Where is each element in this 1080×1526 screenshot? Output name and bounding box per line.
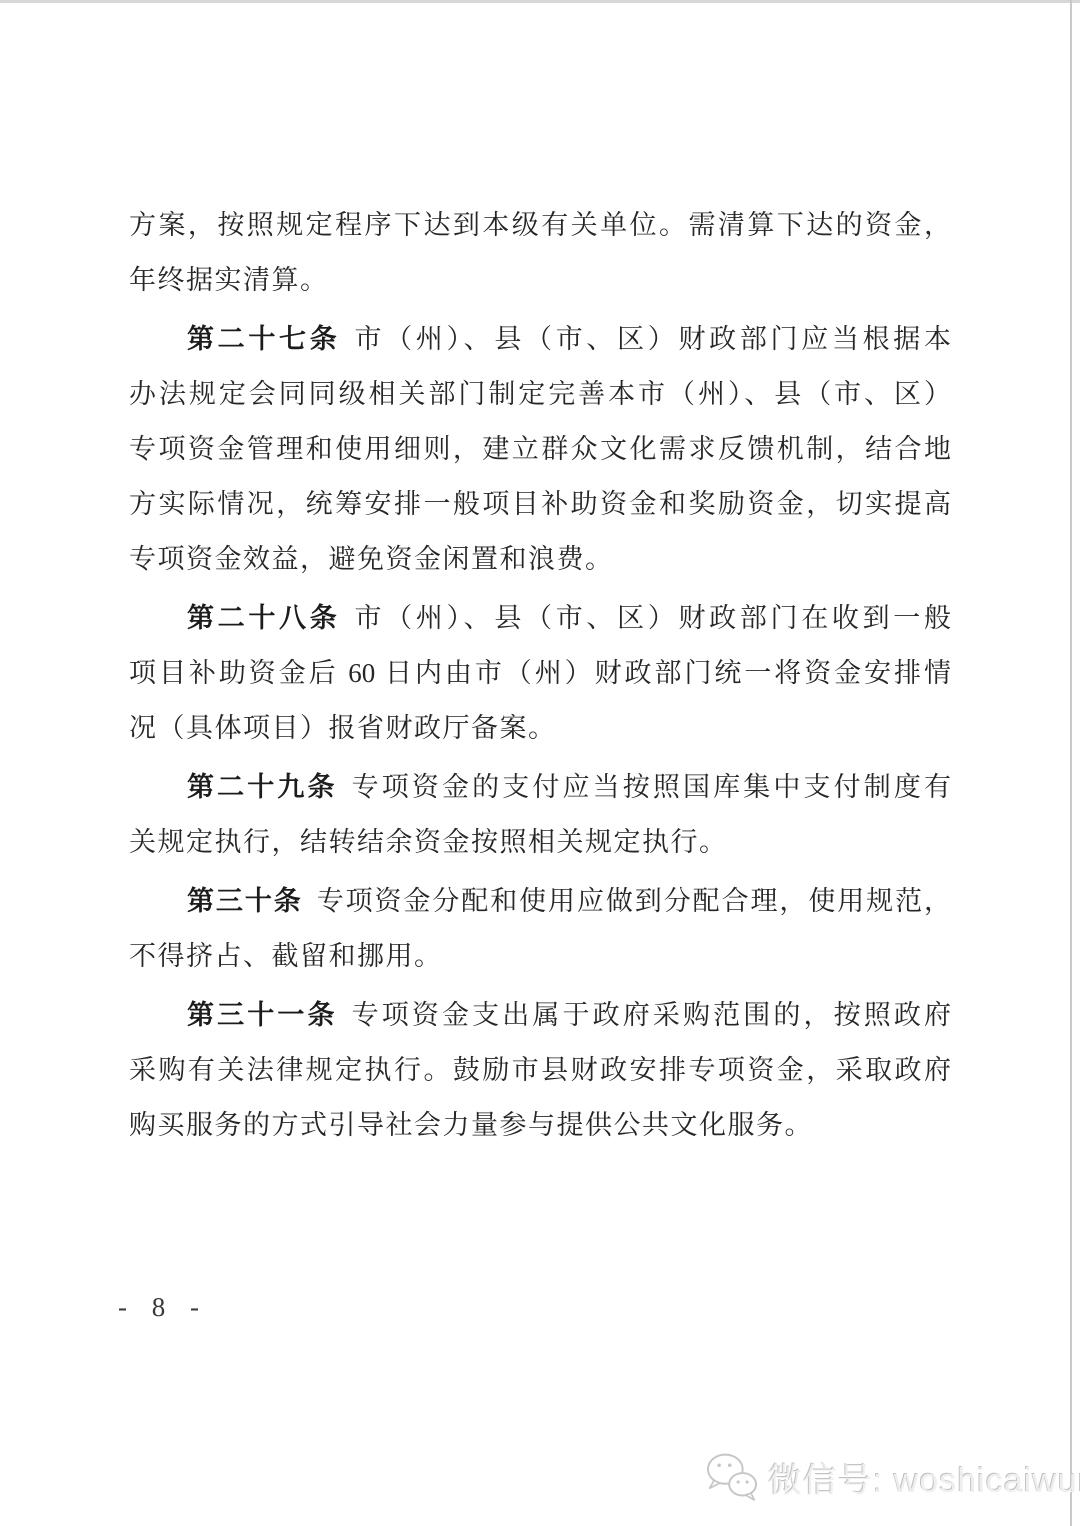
doc-line: 第二十九条专项资金的支付应当按照国库集中支付制度有 xyxy=(129,760,951,815)
article-number: 第三十一条 xyxy=(187,1000,338,1030)
wechat-icon xyxy=(704,1450,760,1504)
line-text: 项目补助资金后 60 日内由市（州）财政部门统一将资金安排情 xyxy=(129,658,951,688)
doc-line: 办法规定会同同级相关部门制定完善本市（州）、县（市、区） xyxy=(129,367,951,422)
article-number: 第二十九条 xyxy=(187,772,338,802)
article-number: 第二十七条 xyxy=(187,324,340,354)
doc-line: 第三十一条专项资金支出属于政府采购范围的，按照政府 xyxy=(129,988,951,1043)
watermark: 微信号: woshicaiwuren xyxy=(704,1446,1080,1508)
document-body: 方案，按照规定程序下达到本级有关单位。需清算下达的资金， 年终据实清算。 第二十… xyxy=(129,198,951,1153)
line-text: 方案，按照规定程序下达到本级有关单位。需清算下达的资金， xyxy=(129,210,951,240)
line-text: 专项资金效益，避免资金闲置和浪费。 xyxy=(129,544,614,574)
doc-line: 专项资金效益，避免资金闲置和浪费。 xyxy=(129,532,951,587)
doc-line: 第三十条专项资金分配和使用应做到分配合理，使用规范， xyxy=(129,874,951,929)
article-number: 第二十八条 xyxy=(187,603,340,633)
line-text: 不得挤占、截留和挪用。 xyxy=(129,941,443,971)
scan-right-edge xyxy=(1070,0,1072,1526)
doc-line: 不得挤占、截留和挪用。 xyxy=(129,929,951,984)
article-number: 第三十条 xyxy=(187,886,303,916)
doc-line: 关规定执行，结转结余资金按照相关规定执行。 xyxy=(129,815,951,870)
doc-line: 方案，按照规定程序下达到本级有关单位。需清算下达的资金， xyxy=(129,198,951,253)
line-text: 专项资金的支付应当按照国库集中支付制度有 xyxy=(352,772,951,802)
doc-line: 第二十八条市（州）、县（市、区）财政部门在收到一般 xyxy=(129,591,951,646)
doc-line: 年终据实清算。 xyxy=(129,253,951,308)
doc-line: 购买服务的方式引导社会力量参与提供公共文化服务。 xyxy=(129,1098,951,1153)
line-text: 方实际情况，统筹安排一般项目补助资金和奖励资金，切实提高 xyxy=(129,489,951,519)
doc-line: 第二十七条市（州）、县（市、区）财政部门应当根据本 xyxy=(129,312,951,367)
doc-line: 专项资金管理和使用细则，建立群众文化需求反馈机制，结合地 xyxy=(129,422,951,477)
line-text: 市（州）、县（市、区）财政部门在收到一般 xyxy=(354,603,951,633)
line-text: 办法规定会同同级相关部门制定完善本市（州）、县（市、区） xyxy=(129,379,951,409)
line-text: 关规定执行，结转结余资金按照相关规定执行。 xyxy=(129,827,728,857)
line-text: 况（具体项目）报省财政厅备案。 xyxy=(129,713,557,743)
line-text: 专项资金管理和使用细则，建立群众文化需求反馈机制，结合地 xyxy=(129,434,951,464)
scan-top-edge xyxy=(0,0,1080,3)
watermark-text: 微信号: woshicaiwuren xyxy=(768,1453,1080,1502)
line-text: 购买服务的方式引导社会力量参与提供公共文化服务。 xyxy=(129,1110,813,1140)
line-text: 专项资金支出属于政府采购范围的，按照政府 xyxy=(352,1000,951,1030)
doc-line: 方实际情况，统筹安排一般项目补助资金和奖励资金，切实提高 xyxy=(129,477,951,532)
page-number: - 8 - xyxy=(118,1292,208,1323)
line-text: 采购有关法律规定执行。鼓励市县财政安排专项资金，采取政府 xyxy=(129,1055,951,1085)
doc-line: 采购有关法律规定执行。鼓励市县财政安排专项资金，采取政府 xyxy=(129,1043,951,1098)
line-text: 年终据实清算。 xyxy=(129,265,329,295)
line-text: 专项资金分配和使用应做到分配合理，使用规范， xyxy=(317,886,951,916)
line-text: 市（州）、县（市、区）财政部门应当根据本 xyxy=(354,324,951,354)
doc-line: 项目补助资金后 60 日内由市（州）财政部门统一将资金安排情 xyxy=(129,646,951,701)
doc-line: 况（具体项目）报省财政厅备案。 xyxy=(129,701,951,756)
